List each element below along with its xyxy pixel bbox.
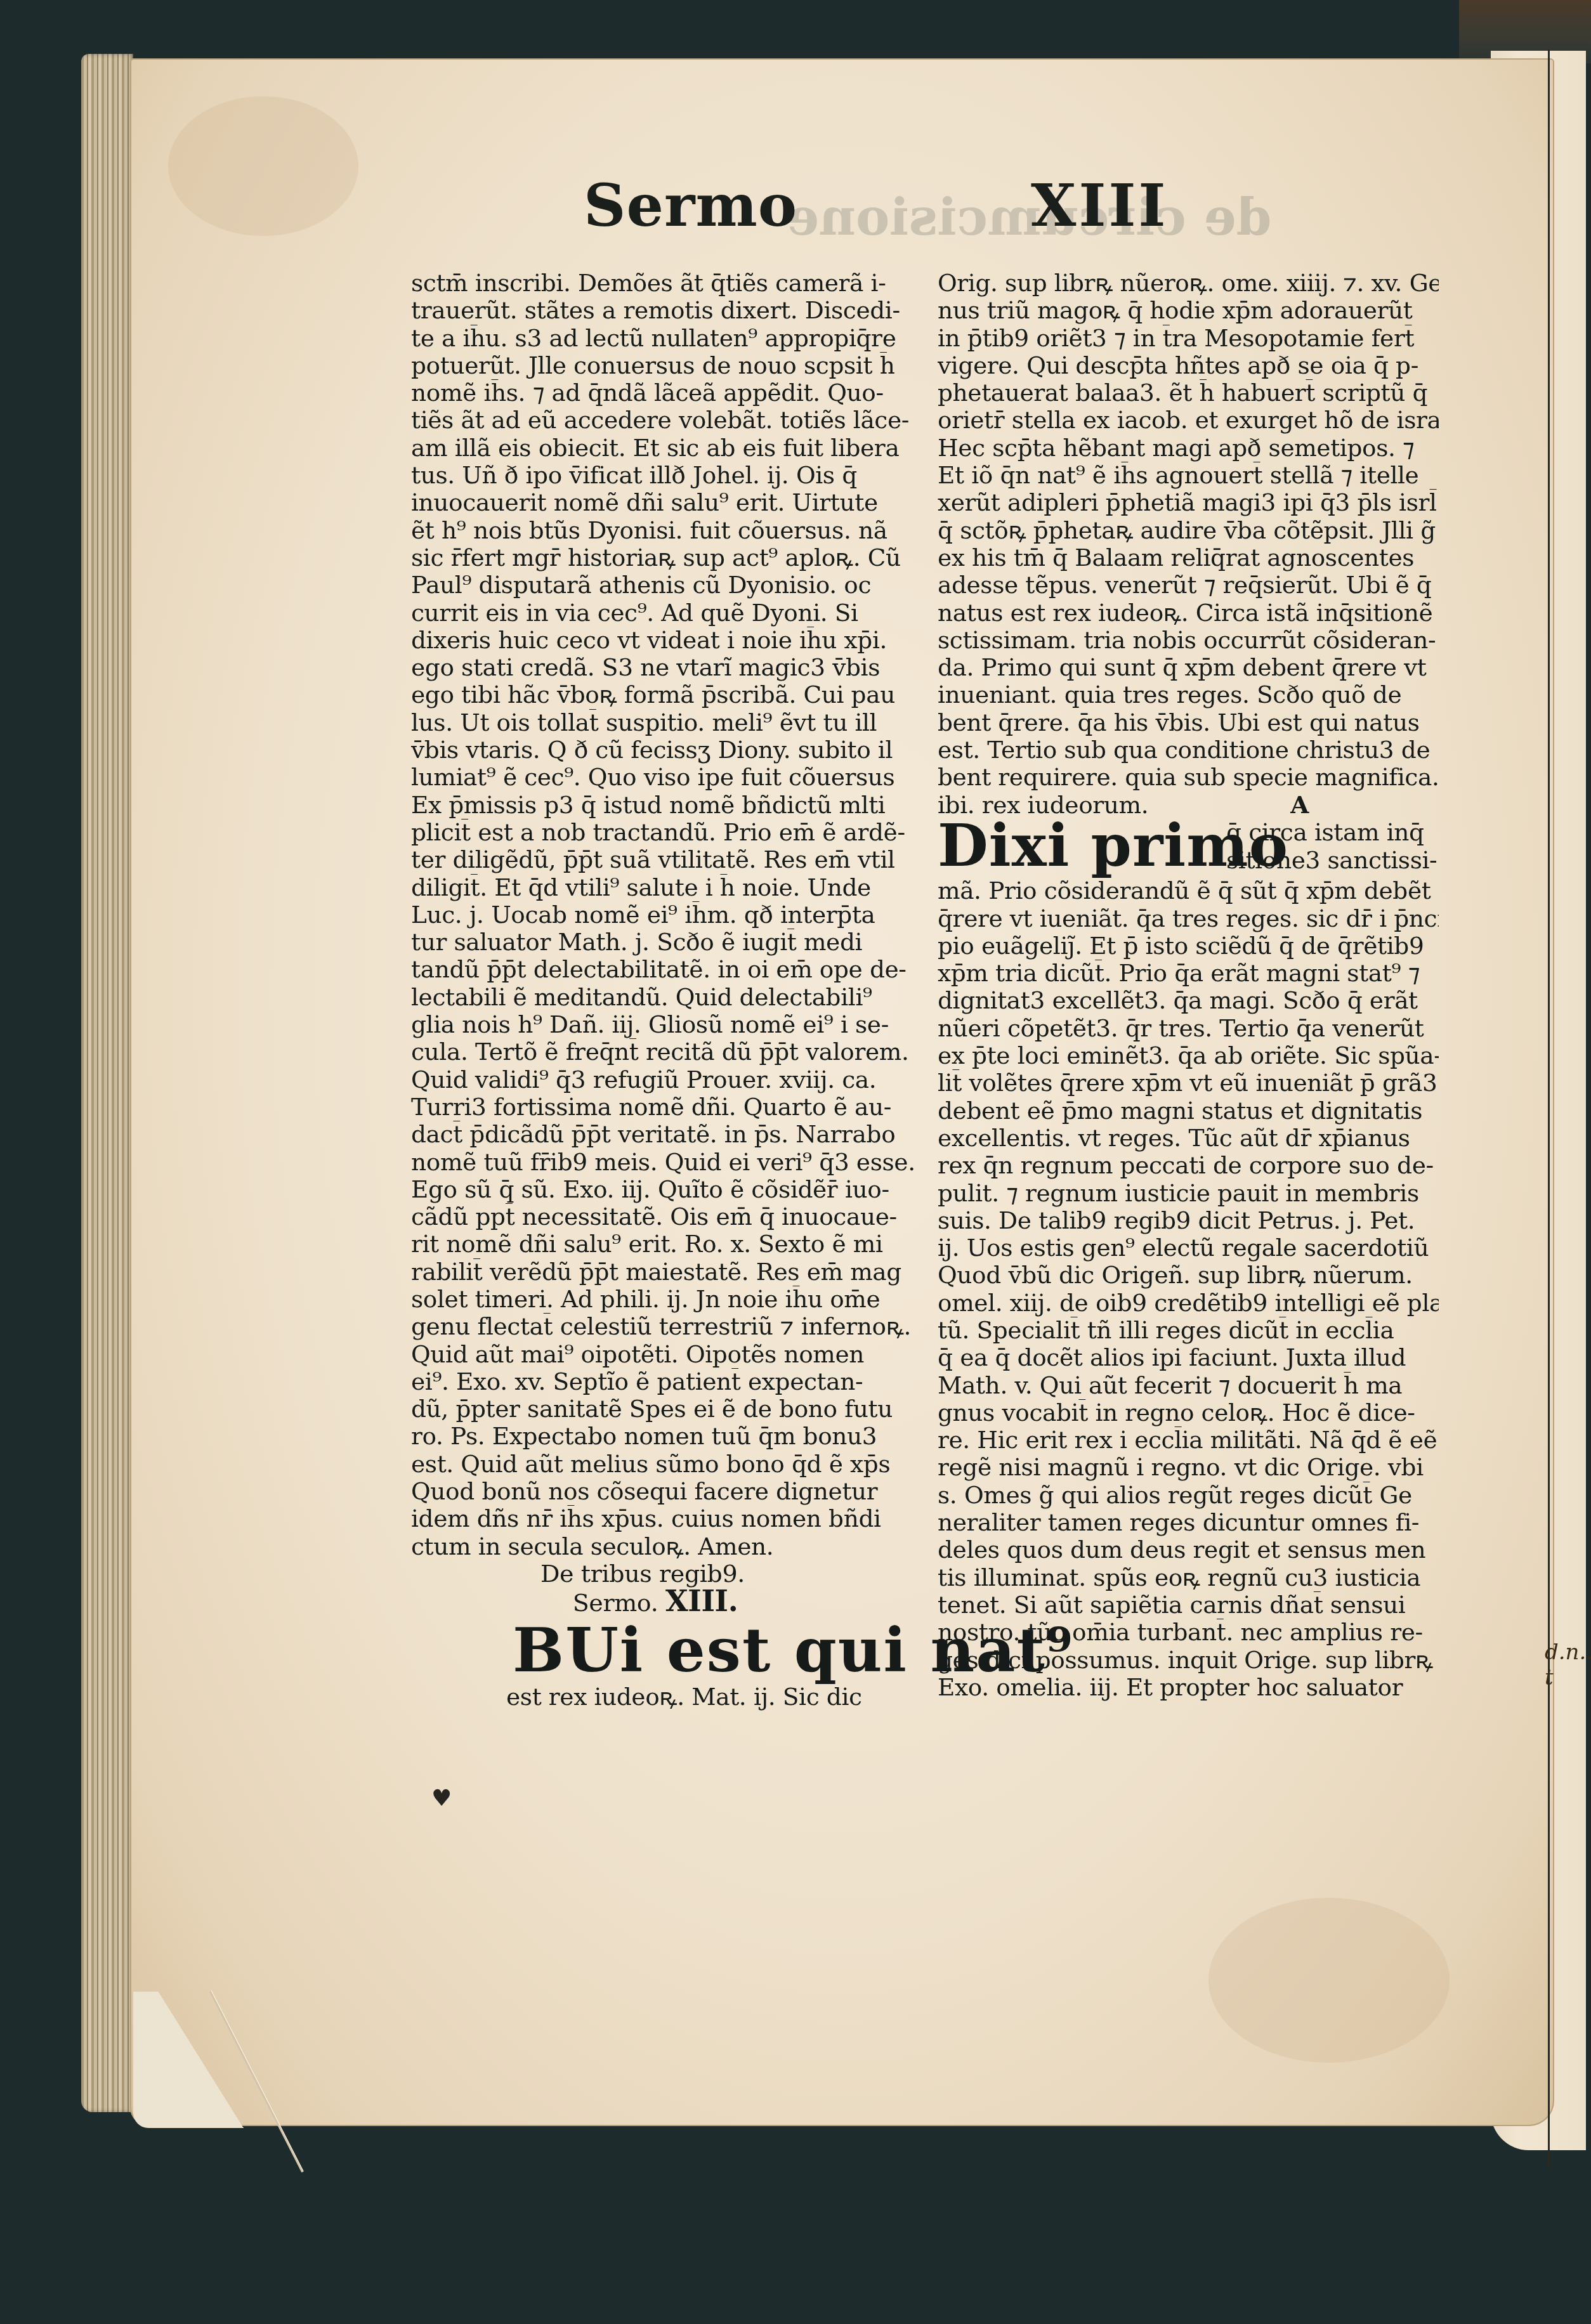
- text-line: natus est rex iudeoꝶ. Circa istã inq̄sit…: [938, 599, 1439, 627]
- text-line: mã. Prio cõsiderandũ ẽ q̄ sũt q̄ xp̄m de…: [938, 877, 1439, 904]
- text-line: pulit. ⁊ regnum iusticie pauit in membri…: [938, 1180, 1439, 1207]
- text-line: Quid aũt mai⁹ oipotẽti. Oipotẽs nomen: [411, 1341, 925, 1368]
- running-head-numeral: XIII: [1031, 171, 1169, 240]
- text-line: bent q̄rere. q̄a his v̄bis. Ubi est qui …: [938, 709, 1439, 736]
- text-line: inueniant. quia tres reges. Scðo quõ de: [938, 681, 1439, 708]
- text-line: adesse tẽpus. venerũt ⁊ req̄sierũt. Ubi …: [938, 571, 1439, 599]
- text-line: tus. Uñ ð ipo v̄ificat illð Johel. ij. O…: [411, 462, 925, 489]
- text-line: diligit̄. Et q̄d vtili⁹ salute i h̄ noie…: [411, 874, 925, 901]
- text-line: ctum in secula seculoꝶ. Amen.: [411, 1533, 925, 1560]
- text-line: rit nomẽ dñi salu⁹ erit. Ro. x. Sexto ẽ …: [411, 1231, 925, 1258]
- left-column: sctm̄ inscribi. Demões ãt q̄tiẽs camerã …: [411, 270, 925, 1711]
- text-line: lit̄ volẽtes q̄rere xp̄m vt eũ inueniãt …: [938, 1069, 1439, 1097]
- text-line: dixeris huic ceco vt videat i noie ih̄u …: [411, 627, 925, 654]
- text-line: dact̄ p̄dicãdũ p̄p̄t veritatẽ. in p̄s. N…: [411, 1121, 925, 1148]
- incipit-initial: B: [513, 1614, 565, 1686]
- incipit-continuation: est rex iudeoꝶ. Mat. ij. Sic dic: [506, 1683, 925, 1711]
- text-line: inuocauerit nomẽ dñi salu⁹ erit. Uirtute: [411, 489, 925, 516]
- text-line: est. Quid aũt melius sũmo bono q̄d ẽ xp̄…: [411, 1451, 925, 1478]
- text-line: cãdũ ppt̄ necessitatẽ. Ois em̄ q̄ inuoca…: [411, 1203, 925, 1231]
- text-line: phetauerat balaa3. ẽt h̄ habuert̄ script…: [938, 379, 1439, 407]
- folded-corner: [133, 1992, 260, 2128]
- text-line: tenet. Si aũt sapiẽtia carnis dñat̄ sens…: [938, 1591, 1439, 1619]
- paragraph-mark-icon: ♥: [431, 1785, 452, 1812]
- rubric-sermon-number: Sermo. XIII.: [386, 1588, 925, 1617]
- text-line: currit eis in via cec⁹. Ad quẽ Dyoni. Si: [411, 599, 925, 627]
- text-line: regẽ nisi magnũ i regno. vt dic Orige. v…: [938, 1454, 1439, 1481]
- handwritten-marginal-note: d.n.. t: [1545, 1640, 1591, 1690]
- text-line: deles quos dum deus regit et sensus men: [938, 1536, 1439, 1563]
- text-line: excellentis. vt reges. Tũc aũt dr̄ xp̄ia…: [938, 1125, 1439, 1152]
- text-line: nostro. tũc om̄ia turbant̄. nec amplius …: [938, 1619, 1439, 1646]
- text-line: v̄bis vtaris. Q ð cũ fecissʒ Diony. subi…: [411, 736, 925, 764]
- text-line: cula. Tertõ ẽ freq̄nt̄ recitã dũ p̄p̄t v…: [411, 1038, 925, 1066]
- text-line: te a ih̄u. s3 ad lectũ nullaten⁹ appropi…: [411, 325, 925, 352]
- text-line: tandũ p̄p̄t delectabilitatẽ. in oi em̄ o…: [411, 956, 925, 983]
- text-line: gnus vocabit̄ in regno celoꝶ. Hoc ẽ dice…: [938, 1399, 1439, 1426]
- text-line: solet timeri. Ad phili. ij. Jn noie ih̄u…: [411, 1286, 925, 1313]
- text-line: Et iõ q̄n nat⁹ ẽ ih̄s agnouert̄ stellã ⁊…: [938, 462, 1439, 489]
- text-line: sic r̄fert mgr̄ historiaꝶ sup act⁹ aploꝶ…: [411, 544, 925, 571]
- text-line: dũ, p̄pter sanitatẽ Spes ei ẽ de bono fu…: [411, 1395, 925, 1423]
- text-line: Luc. j. Uocab nomẽ ei⁹ ih̄m. qð interp̄t…: [411, 901, 925, 929]
- text-line: genu flectat̄ celestiũ terrestriũ ⁊ infe…: [411, 1313, 925, 1340]
- text-line: trauerũt. stãtes a remotis dixert. Disce…: [411, 297, 925, 324]
- text-line: Quod v̄bũ dic Origeñ. sup librꝶ nũerum.: [938, 1262, 1439, 1289]
- foxing-stain: [1208, 1898, 1450, 2063]
- text-line: ẽt h⁹ nois btũs Dyonisi. fuit cõuersus. …: [411, 517, 925, 544]
- text-line: tiẽs ãt ad eũ accedere volebãt. totiẽs l…: [411, 407, 925, 434]
- show-through-text: de circumcisione: [787, 187, 1271, 247]
- text-line: bent requirere. quia sub specie magnific…: [938, 764, 1439, 791]
- text-line: ij. Uos estis gen⁹ electũ regale sacerdo…: [938, 1234, 1439, 1262]
- text-line: debent eẽ p̄mo magni status et dignitati…: [938, 1097, 1439, 1125]
- text-line: nũeri cõpetẽt3. q̄r tres. Tertio q̄a ven…: [938, 1015, 1439, 1042]
- text-line: tis illuminat. spũs eoꝶ regnũ cu3 iustic…: [938, 1564, 1439, 1591]
- text-line: rabilit̄ verẽdũ p̄p̄t maiestatẽ. Res em̄…: [411, 1258, 925, 1286]
- rubric-numeral: XIII.: [665, 1584, 738, 1618]
- text-line: Exo. omelia. iij. Et propter hoc saluato…: [938, 1674, 1439, 1701]
- text-line: s. Omes g̃ qui alios regũt reges dicũt̄ …: [938, 1482, 1439, 1509]
- right-column: Orig. sup librꝶ nũeroꝶ. ome. xiiij. ⁊. x…: [938, 270, 1439, 1701]
- text-line: Math. v. Qui aũt fecerit ⁊ docuerit h̄ m…: [938, 1372, 1439, 1399]
- text-line: Ex p̄missis p3 q̄ istud nomẽ bñdictũ mlt…: [411, 792, 925, 819]
- text-line: ex p̄te loci eminẽt3. q̄a ab oriẽte. Sic…: [938, 1042, 1439, 1069]
- text-line: vigere. Qui descp̄ta hñtes apð se oia q̄…: [938, 352, 1439, 379]
- text-line: q̄ circa istam inq̄: [1226, 819, 1437, 846]
- text-line: ro. Ps. Expectabo nomen tuũ q̄m bonu3: [411, 1423, 925, 1450]
- text-line: nus triũ magoꝶ q̄ hodie xp̄m adorauerũt: [938, 297, 1439, 324]
- text-line: plicit̄ est a nob tractandũ. Prio em̄ ẽ …: [411, 819, 925, 846]
- text-line: sitione3 sanctissi-: [1226, 847, 1437, 874]
- text-line: Orig. sup librꝶ nũeroꝶ. ome. xiiij. ⁊. x…: [938, 270, 1439, 297]
- text-line: potuerũt. Jlle conuersus de nouo scpsit …: [411, 352, 925, 379]
- text-line: xp̄m tria dicũt̄. Prio q̄a erãt magni st…: [938, 960, 1439, 987]
- text-line: re. Hic erit rex i eccl̄ia militãti. Nã …: [938, 1426, 1439, 1454]
- text-line: Paul⁹ disputarã athenis cũ Dyonisio. oc: [411, 571, 925, 599]
- text-line: lectabili ẽ meditandũ. Quid delectabili⁹: [411, 984, 925, 1011]
- text-line: ego stati credã. S3 ne vtarĩ magic3 v̄bi…: [411, 654, 925, 681]
- text-line: est. Tertio sub qua conditione christu3 …: [938, 736, 1439, 764]
- text-line: suis. De talib9 regib9 dicit Petrus. j. …: [938, 1207, 1439, 1234]
- text-block-fore-edge: [81, 54, 133, 2112]
- text-line: nomẽ ih̄s. ⁊ ad q̄ndã lãceã appẽdit. Quo…: [411, 379, 925, 407]
- text-line: tur saluator Math. j. Scðo ẽ iugit̄ medi: [411, 929, 925, 956]
- text-line: ego tibi hãc v̄boꝶ formã p̄scribã. Cui p…: [411, 681, 925, 708]
- text-line: q̄ ea q̄ docẽt alios ipi faciunt. Juxta …: [938, 1344, 1439, 1371]
- text-line: Quid validi⁹ q̄3 refugiũ Prouer. xviij. …: [411, 1066, 925, 1093]
- text-line: q̄ sctõꝶ p̄phetaꝶ audire v̄ba cõtẽpsit. …: [938, 517, 1439, 544]
- text-line: omel. xiij. de oib9 credẽtib9 intelligi …: [938, 1289, 1439, 1317]
- running-head-word: Sermo: [584, 171, 797, 240]
- rubric-sermo-word: Sermo.: [573, 1589, 658, 1617]
- text-line: ei⁹. Exo. xv. Septĩo ẽ patient̄ expectan…: [411, 1368, 925, 1395]
- rubric-title: De tribus regib9.: [360, 1560, 925, 1588]
- text-line: ges dici possumus. inquit Orige. sup lib…: [938, 1647, 1439, 1674]
- text-line: neraliter tamen reges dicuntur omnes fi-: [938, 1509, 1439, 1536]
- text-line: in p̄tib9 oriẽt3 ⁊ in t̄ra Mesopotamie f…: [938, 325, 1439, 352]
- text-line: xerũt adipleri p̄phetiã magi3 ipi q̄3 p̄…: [938, 489, 1439, 516]
- text-line: idem dñs nr̄ ih̄s xp̄us. cuius nomen bñd…: [411, 1505, 925, 1532]
- text-line: ex his tm̄ q̄ Balaam reliq̄rat agnoscent…: [938, 544, 1439, 571]
- text-line: am illã eis obiecit. Et sic ab eis fuit …: [411, 434, 925, 462]
- section-opening: Dixi primo q̄ circa istam inq̄ sitione3 …: [938, 819, 1439, 877]
- text-line: sctm̄ inscribi. Demões ãt q̄tiẽs camerã …: [411, 270, 925, 297]
- text-line: Turri3 fortissima nomẽ dñi. Quarto ẽ au-: [411, 1093, 925, 1121]
- gutter-line: [1548, 49, 1550, 2168]
- text-line: Ego sũ q̄ sũ. Exo. iij. Quĩto ẽ cõsidẽr̄…: [411, 1176, 925, 1203]
- text-line: nomẽ tuũ fr̄ib9 meis. Quid ei veri⁹ q̄3 …: [411, 1149, 925, 1176]
- text-line: Quod bonũ nos cõsequi facere dignetur: [411, 1478, 925, 1505]
- text-line: da. Primo qui sunt q̄ xp̄m debent q̄rere…: [938, 654, 1439, 681]
- text-line: ter diligẽdũ, p̄p̄t suã vtilitatẽ. Res e…: [411, 846, 925, 873]
- text-line: rex q̄n regnum peccati de corpore suo de…: [938, 1152, 1439, 1179]
- text-line: glia nois h⁹ Dañ. iij. Gliosũ nomẽ ei⁹ i…: [411, 1011, 925, 1038]
- text-line: pio euãgeliȷ̃. Et p̄ isto sciẽdũ q̄ de q…: [938, 932, 1439, 960]
- text-line: sctissimam. tria nobis occurrũt cõsidera…: [938, 627, 1439, 654]
- text-line: dignitat3 excellẽt3. q̄a magi. Scðo q̄ e…: [938, 987, 1439, 1014]
- text-line: lus. Ut ois tollat̄ suspitio. meli⁹ ẽvt …: [411, 709, 925, 736]
- foxing-stain: [168, 96, 358, 236]
- text-line: lumiat⁹ ẽ cec⁹. Quo viso ipe fuit cõuers…: [411, 764, 925, 791]
- sermon-incipit: BUi est qui nat⁹: [513, 1617, 925, 1683]
- text-line: Hec scp̄ta hẽbant magi apð semetipos. ⁊: [938, 434, 1439, 462]
- section-opening-lines: q̄ circa istam inq̄ sitione3 sanctissi-: [1226, 819, 1437, 874]
- text-line: tũ. Specialit̄ tñ illi reges dicũt̄ in e…: [938, 1317, 1439, 1344]
- text-line: q̄rere vt iueniãt. q̄a tres reges. sic d…: [938, 905, 1439, 932]
- text-line: orietr̄ stella ex iacob. et exurget hõ d…: [938, 407, 1439, 434]
